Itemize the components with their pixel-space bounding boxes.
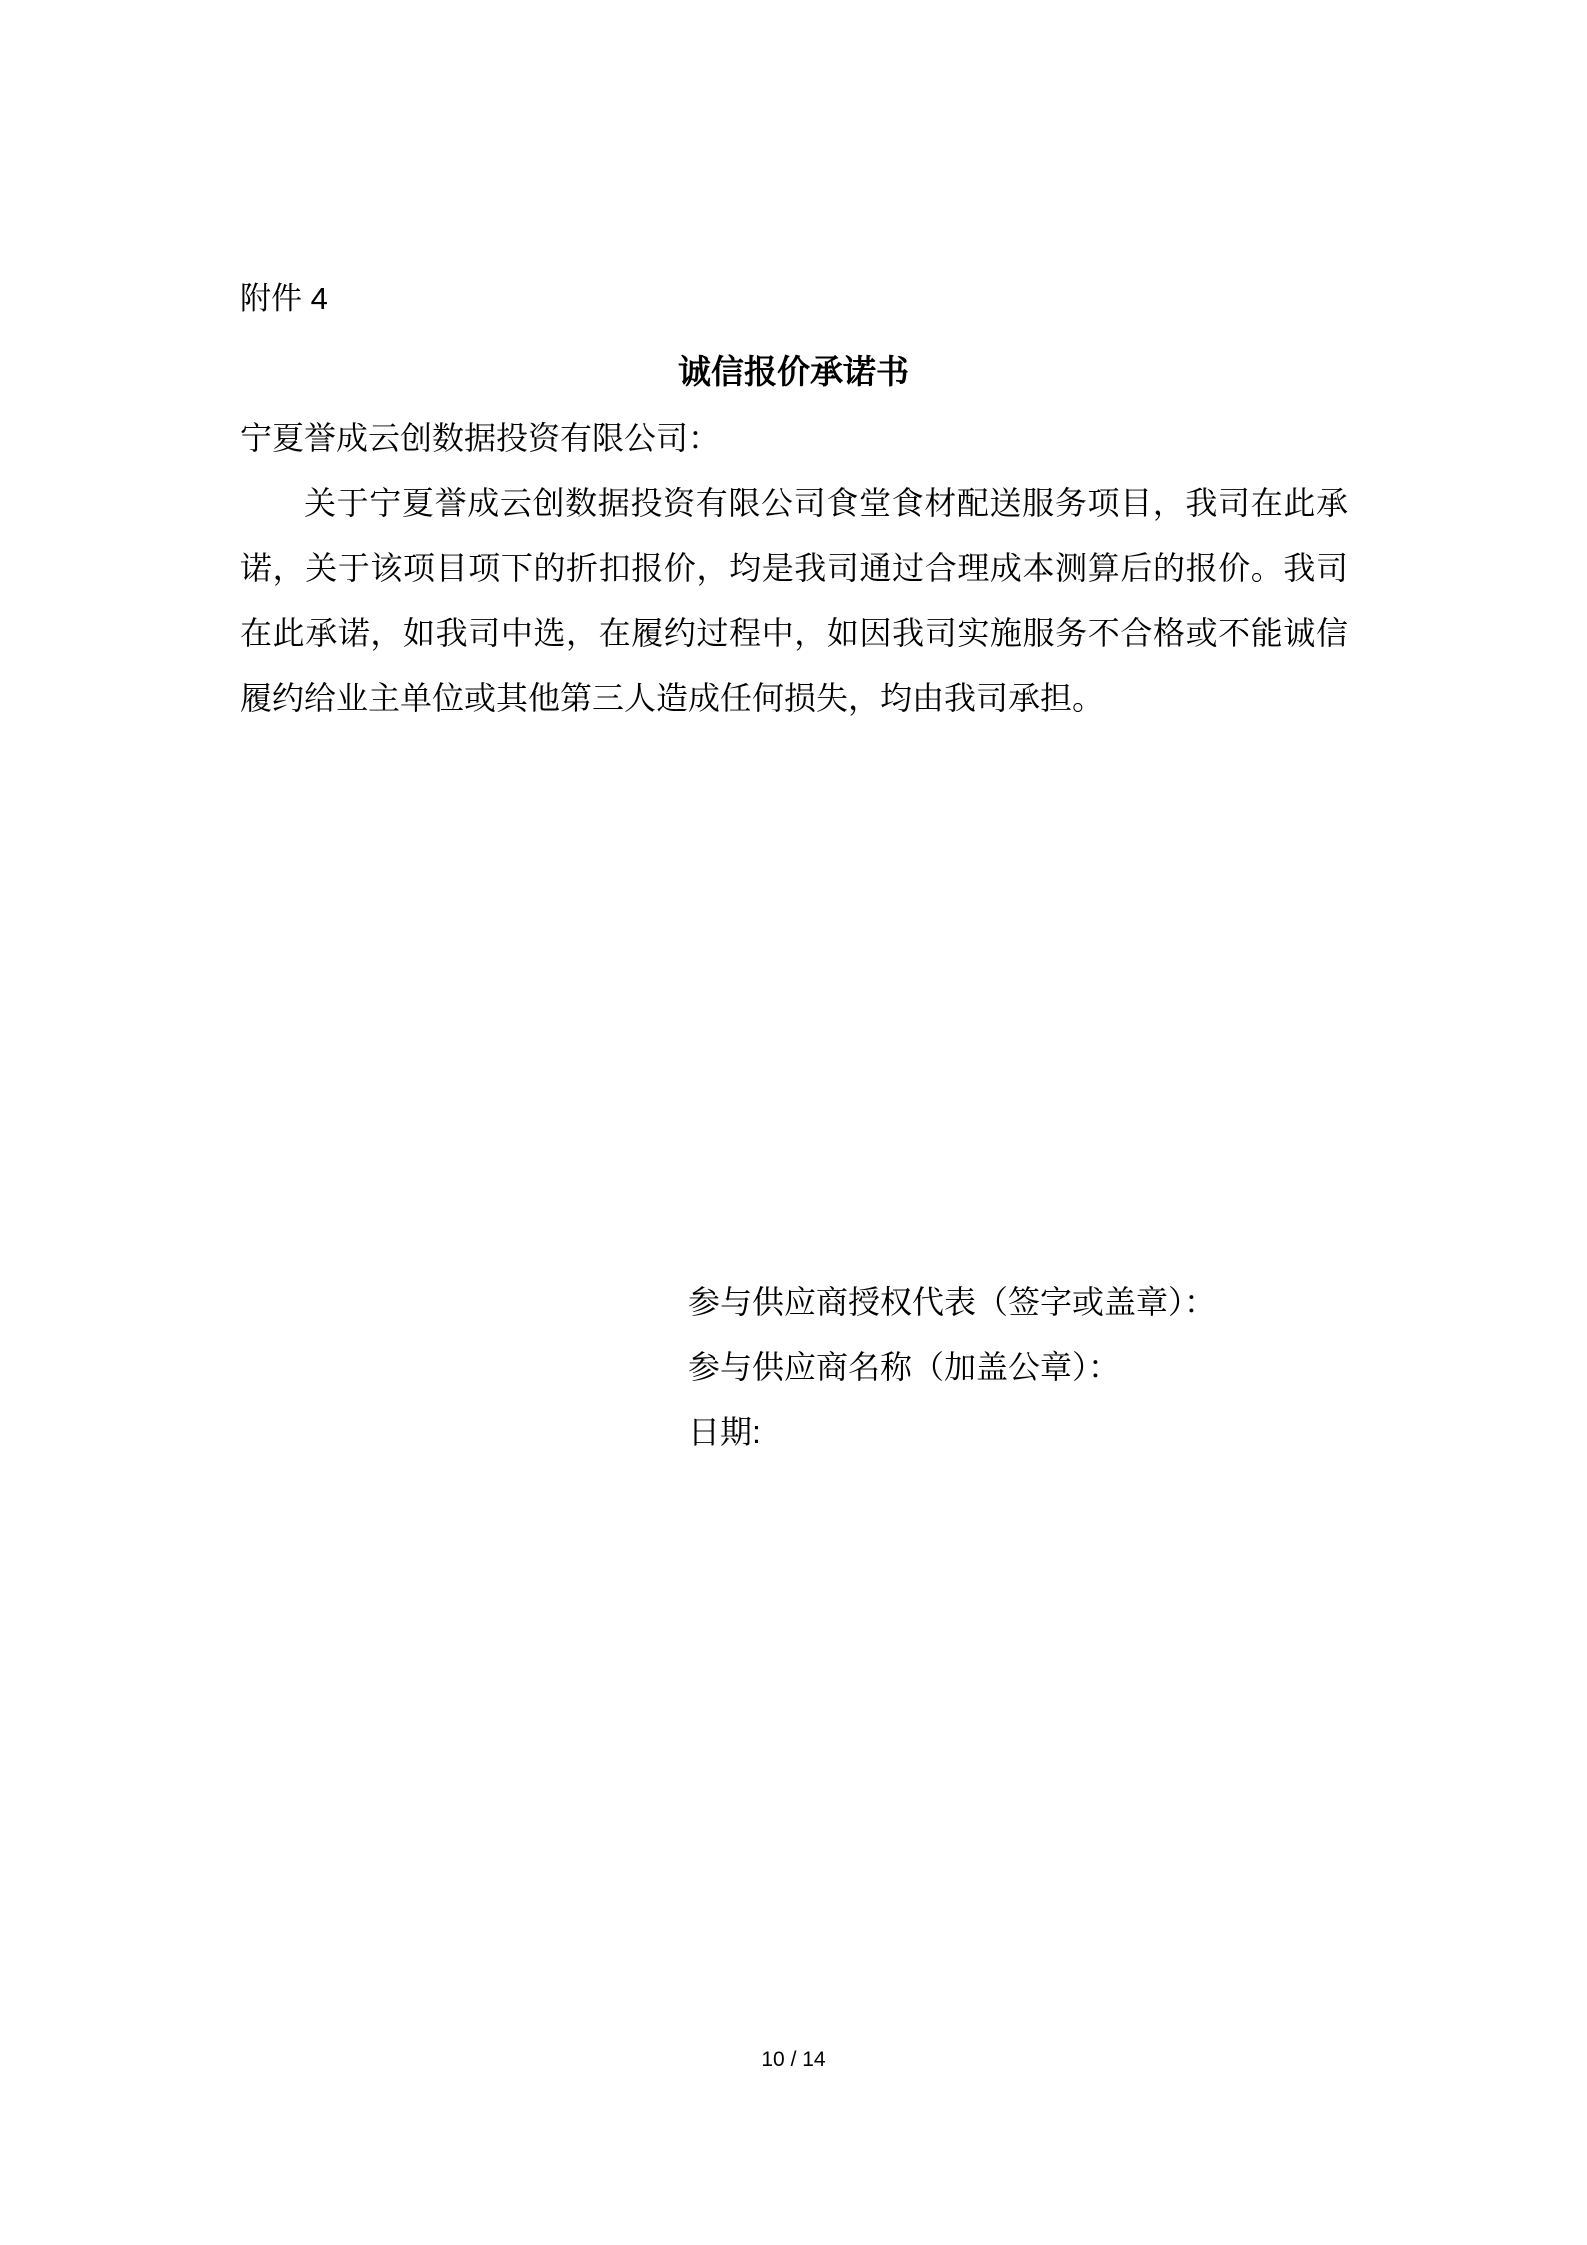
document-title: 诚信报价承诺书 — [0, 346, 1587, 393]
page-number: 10 / 14 — [761, 2048, 825, 2071]
signature-block: 参与供应商授权代表（签字或盖章）： 参与供应商名称（加盖公章）： 日期: — [688, 1270, 1216, 1465]
page-footer: 10 / 14 — [0, 2046, 1587, 2074]
signature-line-authorized-representative: 参与供应商授权代表（签字或盖章）： — [688, 1270, 1216, 1335]
signature-line-supplier-name: 参与供应商名称（加盖公章）： — [688, 1335, 1216, 1400]
commitment-paragraph: 关于宁夏誉成云创数据投资有限公司食堂食材配送服务项目，我司在此承诺，关于该项目项… — [240, 471, 1348, 731]
signature-line-date: 日期: — [688, 1400, 1216, 1465]
salutation-line: 宁夏誉成云创数据投资有限公司： — [240, 406, 1348, 471]
attachment-label: 附件 4 — [240, 281, 328, 317]
document-body: 宁夏誉成云创数据投资有限公司： 关于宁夏誉成云创数据投资有限公司食堂食材配送服务… — [240, 406, 1348, 731]
document-page: 附件 4 诚信报价承诺书 宁夏誉成云创数据投资有限公司： 关于宁夏誉成云创数据投… — [0, 0, 1587, 2245]
